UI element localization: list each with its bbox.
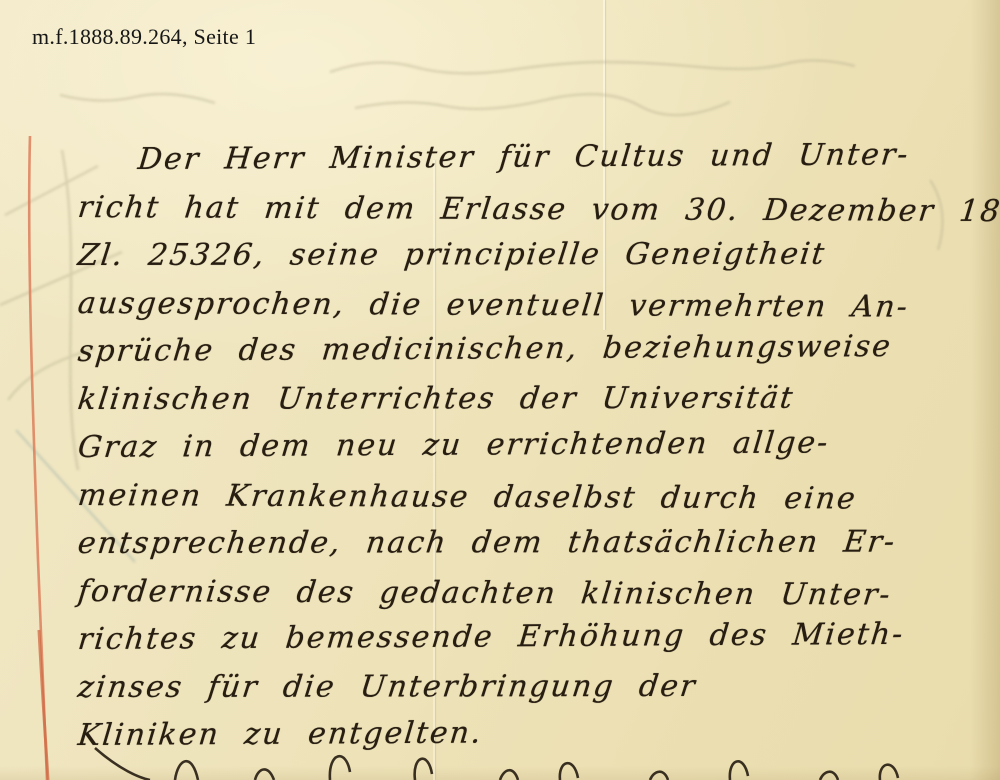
manuscript-line: Graz in dem neu zu errichtenden allge- [76,423,961,468]
manuscript-line: sprüche des medicinischen, beziehungswei… [76,327,961,372]
manuscript-line: zinses für die Unterbringung der [76,666,961,708]
manuscript-line: richtes zu bemessende Erhöhung des Mieth… [76,615,961,660]
manuscript-line: richt hat mit dem Erlasse vom 30. Dezemb… [76,188,960,232]
manuscript-line: ausgesprochen, die eventuell vermehrten … [76,284,960,328]
manuscript-line: Kliniken zu entgelten. [76,711,961,756]
manuscript-line: entsprechende, nach dem thatsächlichen E… [76,522,961,564]
manuscript-line: klinischen Unterrichtes der Universität [76,378,961,420]
manuscript-line: Der Herr Minister für Cultus und Unter- [136,135,1000,180]
manuscript-line: Zl. 25326, seine principielle Geneigthei… [76,234,961,276]
manuscript-line: fordernisse des gedachten klinischen Unt… [76,572,960,616]
manuscript-line: meinen Krankenhause daselbst durch eine [76,476,960,520]
manuscript-text-block: Der Herr Minister für Cultus und Unter- … [0,0,1000,780]
document-scan-page: m.f.1888.89.264, Seite 1 Der Herr Minist… [0,0,1000,780]
